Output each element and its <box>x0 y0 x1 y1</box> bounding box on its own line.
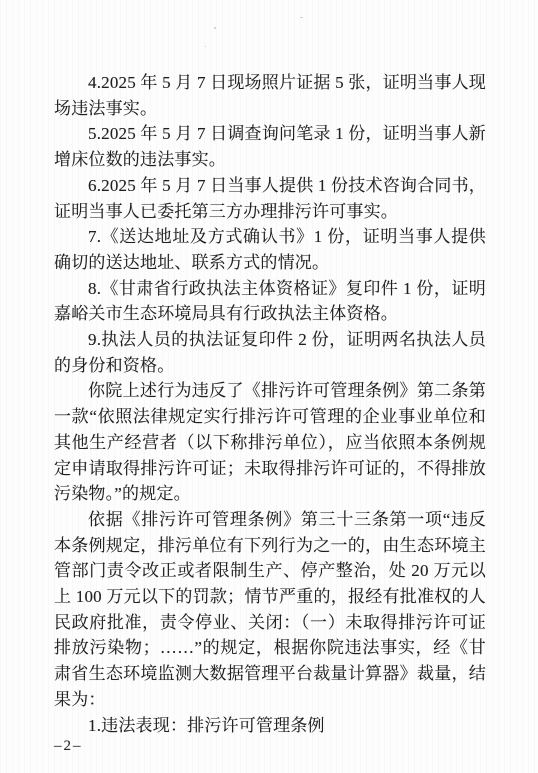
scan-speck <box>300 17 303 18</box>
evidence-item-8: 8.《甘肃省行政执法主体资格证》复印件 1 份，证明嘉峪关市生态环境局具有行政执… <box>54 276 486 327</box>
document-body: 4.2025 年 5 月 7 日现场照片证据 5 张，证明当事人现场违法事实。 … <box>54 70 486 738</box>
document-page: 4.2025 年 5 月 7 日现场照片证据 5 张，证明当事人现场违法事实。 … <box>0 0 538 773</box>
evidence-item-5: 5.2025 年 5 月 7 日调查询问笔录 1 份，证明当事人新增床位数的违法… <box>54 121 486 172</box>
legal-basis-paragraph: 依据《排污许可管理条例》第三十三条第一项“违反本条例规定，排污单位有下列行为之一… <box>54 507 486 713</box>
evidence-item-4: 4.2025 年 5 月 7 日现场照片证据 5 张，证明当事人现场违法事实。 <box>54 70 486 121</box>
evidence-item-9: 9.执法人员的执法证复印件 2 份，证明两名执法人员的身份和资格。 <box>54 327 486 378</box>
discretion-result-item-1: 1.违法表现：排污许可管理条例 <box>54 713 486 739</box>
page-number: –2– <box>54 738 83 755</box>
evidence-item-7: 7.《送达地址及方式确认书》1 份，证明当事人提供确切的送达地址、联系方式的情况… <box>54 224 486 275</box>
scan-speck <box>214 27 216 29</box>
scan-speck <box>205 46 206 47</box>
violation-statement-paragraph: 你院上述行为违反了《排污许可管理条例》第二条第一款“依照法律规定实行排污许可管理… <box>54 378 486 507</box>
evidence-item-6: 6.2025 年 5 月 7 日当事人提供 1 份技术咨询合同书，证明当事人已委… <box>54 173 486 224</box>
